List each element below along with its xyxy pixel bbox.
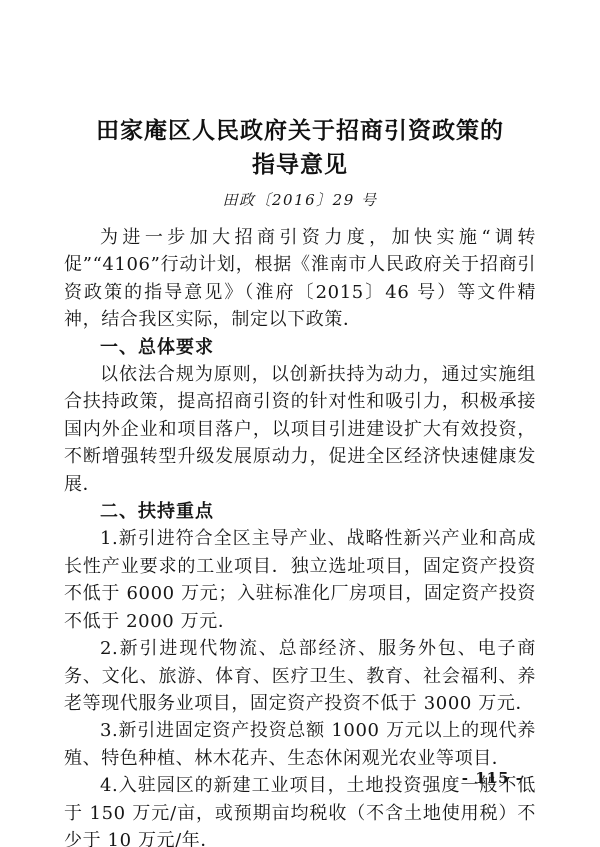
section-heading-support-priorities: 二、扶持重点 xyxy=(64,498,536,525)
page-number: - 115 - xyxy=(462,769,523,787)
paragraph-item-2: 2.新引进现代物流、总部经济、服务外包、电子商务、文化、旅游、体育、医疗卫生、教… xyxy=(64,635,536,717)
document-page: 田家庵区人民政府关于招商引资政策的 指导意见 田政〔2016〕29 号 为进一步… xyxy=(0,0,600,847)
document-body: 为进一步加大招商引资力度，加快实施“调转促”“4106”行动计划，根据《淮南市人… xyxy=(64,224,536,847)
section-heading-overall-requirements: 一、总体要求 xyxy=(64,334,536,361)
paragraph-overall-requirements: 以依法合规为原则，以创新扶持为动力，通过实施组合扶持政策，提高招商引资的针对性和… xyxy=(64,361,536,498)
document-header: 田家庵区人民政府关于招商引资政策的 指导意见 田政〔2016〕29 号 xyxy=(64,114,536,211)
title-line-1: 田家庵区人民政府关于招商引资政策的 xyxy=(64,114,536,148)
title-line-2: 指导意见 xyxy=(64,148,536,182)
document-number: 田政〔2016〕29 号 xyxy=(64,189,536,211)
paragraph-intro: 为进一步加大招商引资力度，加快实施“调转促”“4106”行动计划，根据《淮南市人… xyxy=(64,224,536,334)
paragraph-item-1: 1.新引进符合全区主导产业、战略性新兴产业和高成长性产业要求的工业项目．独立选址… xyxy=(64,525,536,635)
document-title: 田家庵区人民政府关于招商引资政策的 指导意见 xyxy=(64,114,536,182)
paragraph-item-3: 3.新引进固定资产投资总额 1000 万元以上的现代养殖、特色种植、林木花卉、生… xyxy=(64,717,536,772)
